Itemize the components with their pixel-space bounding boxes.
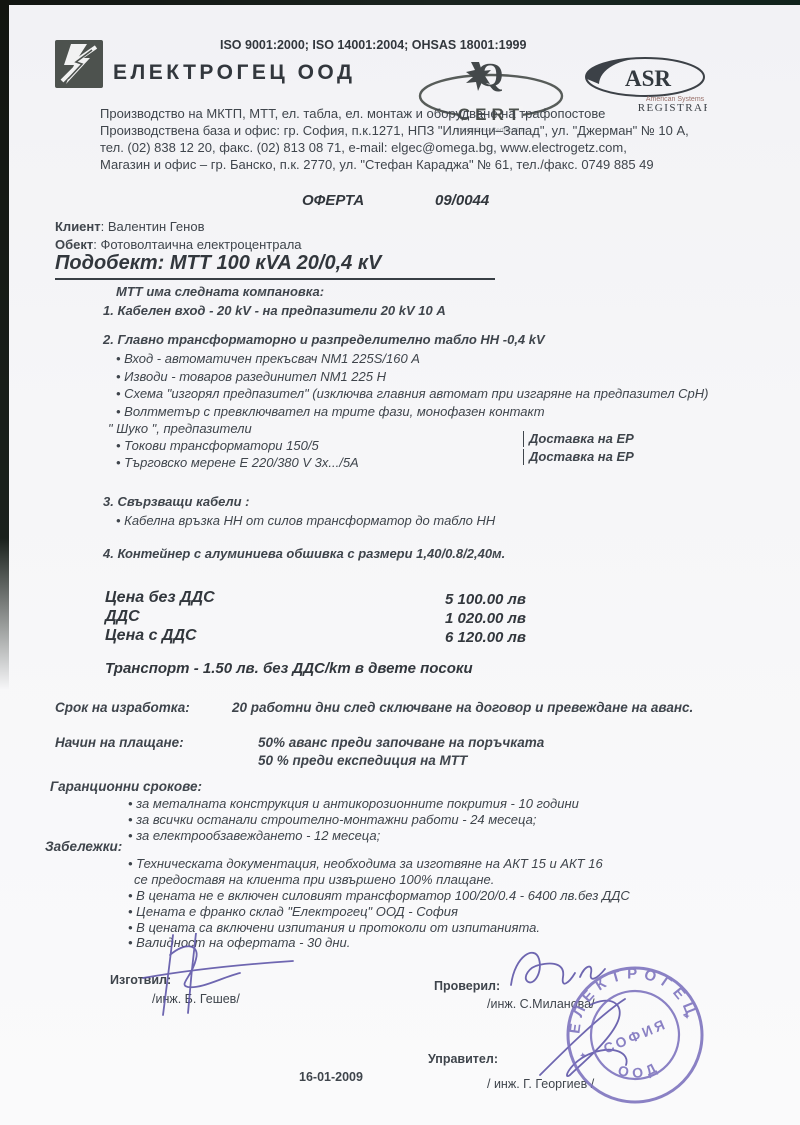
section-2-bullet-continued: " Шуко ", предпазители xyxy=(108,421,252,437)
lead-time-label: Срок на изработка: xyxy=(55,700,190,716)
section-2-bullet: • Вход - автоматичен прекъсвач NM1 225S/… xyxy=(116,351,420,367)
document-date: 16-01-2009 xyxy=(299,1070,363,1085)
object-value: : Фотоволтаична електроцентрала xyxy=(93,237,301,252)
price-row-value: 5 100.00 лв xyxy=(445,591,526,609)
warranty-item: • за електрообзавеждането - 12 месеца; xyxy=(128,828,380,844)
address-line: Производствена база и офис: гр. София, п… xyxy=(100,123,689,139)
subobject-title: Подобект: МТТ 100 кVA 20/0,4 кV xyxy=(55,251,495,280)
transport-note: Транспорт - 1.50 лв. без ДДС/km в двете … xyxy=(105,660,473,678)
offer-title: ОФЕРТА xyxy=(302,192,364,210)
section-3-title: 3. Свързващи кабели : xyxy=(103,494,249,510)
client-value: : Валентин Генов xyxy=(101,219,205,234)
section-3-bullet: • Кабелна връзка НН от силов трансформат… xyxy=(116,513,495,529)
section-2-title: 2. Главно трансформаторно и разпределите… xyxy=(103,332,545,348)
payment-line: 50 % преди експедиция на МТТ xyxy=(258,753,467,769)
price-row-label: ДДС xyxy=(105,607,140,626)
iso-certifications-line: ISO 9001:2000; ISO 14001:2004; OHSAS 180… xyxy=(220,38,526,53)
price-row-value: 6 120.00 лв xyxy=(445,629,526,647)
asr-line2: REGISTRAR xyxy=(638,102,707,113)
price-row-value: 1 020.00 лв xyxy=(445,610,526,628)
scan-edge-left xyxy=(0,0,9,690)
asr-name: ASR xyxy=(625,66,671,91)
client-row: Клиент: Валентин Генов xyxy=(55,219,204,235)
scan-edge-top xyxy=(0,0,800,5)
stamp-star-icon: ✦ xyxy=(683,1011,692,1022)
section-2-bullet: • Волтметър с превключвател на трите фаз… xyxy=(116,404,545,420)
stamp-text-bottom: ООД xyxy=(615,1057,664,1083)
object-label: Обект xyxy=(55,237,93,252)
checked-by-label: Проверил: xyxy=(434,979,500,994)
address-line: Производство на МКТП, МТТ, ел. табла, ел… xyxy=(100,106,605,122)
company-logo xyxy=(55,40,103,88)
warranty-title: Гаранционни срокове: xyxy=(50,779,202,795)
offer-number: 09/0044 xyxy=(435,192,489,210)
lead-time-value: 20 работни дни след сключване на договор… xyxy=(232,700,693,716)
asr-logo: ASR American Systems REGISTRAR xyxy=(583,55,707,113)
address-line: Магазин и офис – гр. Банско, п.к. 2770, … xyxy=(100,157,654,173)
note-item: • Цената е франко склад "Електрогец" ООД… xyxy=(128,904,458,920)
company-name: ЕЛЕКТРОГЕЦ ООД xyxy=(113,60,355,85)
offer-document: ISO 9001:2000; ISO 14001:2004; OHSAS 180… xyxy=(0,0,800,1125)
payment-label: Начин на плащане: xyxy=(55,735,184,751)
section-2-bullet: • Схема "изгорял предпазител" (изключва … xyxy=(116,386,709,402)
price-row-label: Цена без ДДС xyxy=(105,588,215,607)
note-item-continued: се предоставя на клиента при извършено 1… xyxy=(134,872,494,888)
section-4-item: 4. Контейнер с алуминиева обшивка с разм… xyxy=(103,546,505,562)
configuration-intro: МТТ има следната компановка: xyxy=(116,284,324,300)
note-item: • В цената не е включен силовият трансфо… xyxy=(128,888,630,904)
notes-title: Забележки: xyxy=(45,839,122,855)
stamp-text-center: СОФИЯ xyxy=(601,1015,670,1056)
company-stamp: ЕЛЕКТРОГЕЦ ООД СОФИЯ ✦ ✦ xyxy=(551,951,718,1118)
section-2-bullet: • Токови трансформатори 150/5 xyxy=(116,438,319,454)
section-2-bullet: • Изводи - товаров разединител NM1 225 Н xyxy=(116,369,386,385)
manager-label: Управител: xyxy=(428,1052,498,1067)
payment-line: 50% аванс преди започване на поръчката xyxy=(258,735,544,751)
section-2-bullet: • Търговско мерене Е 220/380 V 3х.../5А xyxy=(116,455,359,471)
stamp-star-icon: ✦ xyxy=(579,1050,588,1061)
warranty-item: • за металната конструкция и антикорозио… xyxy=(128,796,579,812)
section-1-item: 1. Кабелен вход - 20 kV - на предпазител… xyxy=(103,303,446,319)
address-line: тел. (02) 838 12 20, факс. (02) 813 08 7… xyxy=(100,140,627,156)
price-row-label: Цена с ДДС xyxy=(105,626,197,645)
client-label: Клиент xyxy=(55,219,101,234)
note-item: • Техническата документация, необходима … xyxy=(128,856,603,872)
warranty-item: • за всички останали строително-монтажни… xyxy=(128,812,536,828)
svg-text:ООД: ООД xyxy=(615,1057,664,1083)
prepared-signature xyxy=(128,933,298,1018)
delivery-note: Доставка на ЕР xyxy=(523,431,634,447)
delivery-note: Доставка на ЕР xyxy=(523,449,634,465)
